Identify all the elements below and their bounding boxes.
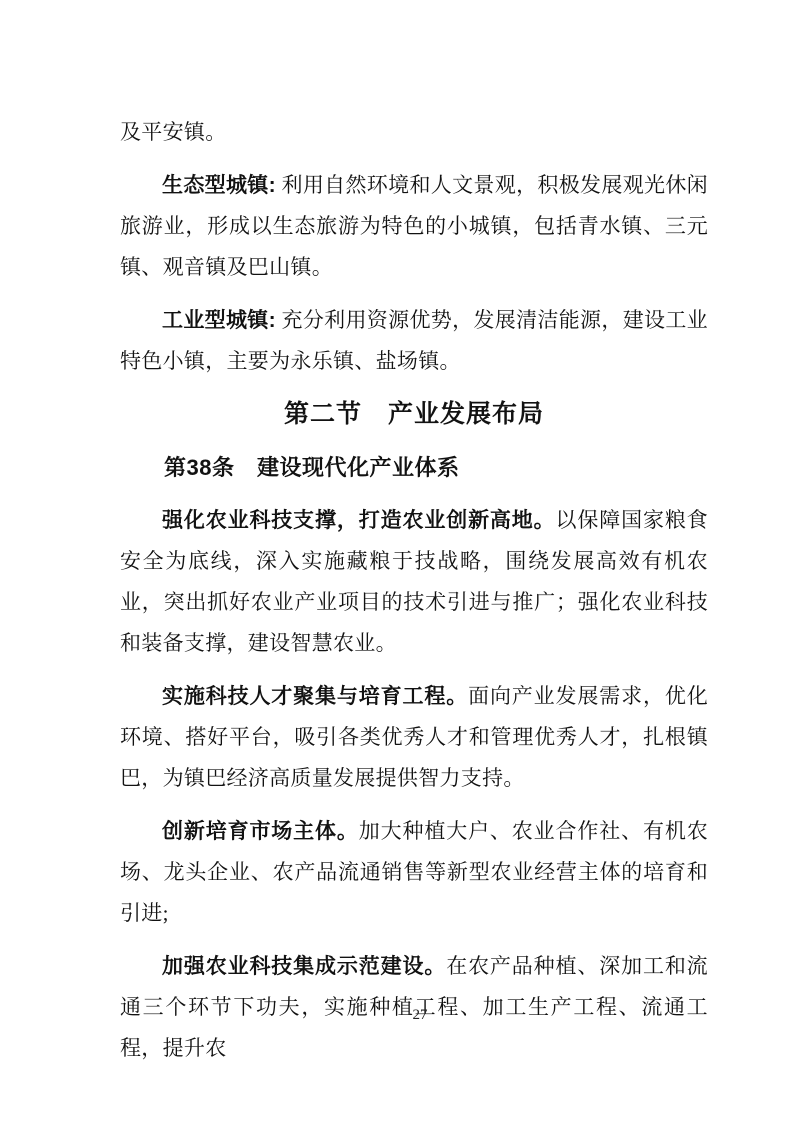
paragraph-lead: 实施科技人才聚集与培育工程。 (162, 685, 468, 708)
paragraph: 实施科技人才聚集与培育工程。面向产业发展需求，优化环境、搭好平台，吸引各类优秀人… (120, 676, 708, 799)
paragraph-lead: 工业型城镇: (162, 309, 276, 332)
article-heading: 第38条 建设现代化产业体系 (120, 447, 708, 488)
paragraph: 生态型城镇: 利用自然环境和人文景观，积极发展观光休闲旅游业，形成以生态旅游为特… (120, 165, 708, 288)
document-body: 及平安镇。 生态型城镇: 利用自然环境和人文景观，积极发展观光休闲旅游业，形成以… (120, 112, 708, 1081)
paragraph-text: 及平安镇。 (120, 120, 227, 144)
paragraph-lead: 强化农业科技支撑，打造农业创新高地。 (162, 509, 556, 532)
paragraph-lead: 生态型城镇: (162, 174, 276, 197)
section-heading: 第二节 产业发展布局 (120, 394, 708, 435)
page-number: 27 (120, 1005, 720, 1025)
paragraph-lead: 创新培育市场主体。 (162, 820, 359, 843)
paragraph: 及平安镇。 (120, 112, 708, 153)
paragraph: 强化农业科技支撑，打造农业创新高地。以保障国家粮食安全为底线，深入实施藏粮于技战… (120, 500, 708, 664)
document-page: 及平安镇。 生态型城镇: 利用自然环境和人文景观，积极发展观光休闲旅游业，形成以… (0, 0, 793, 1122)
paragraph: 创新培育市场主体。加大种植大户、农业合作社、有机农场、龙头企业、农产品流通销售等… (120, 811, 708, 934)
paragraph-lead: 加强农业科技集成示范建设。 (162, 955, 446, 978)
paragraph: 工业型城镇: 充分利用资源优势，发展清洁能源，建设工业特色小镇，主要为永乐镇、盐… (120, 300, 708, 382)
